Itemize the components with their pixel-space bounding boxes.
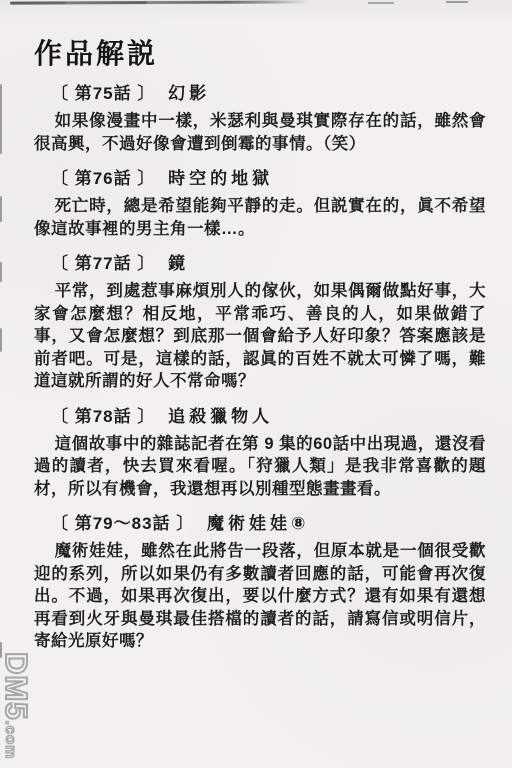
- page-title: 作品解説: [34, 38, 486, 70]
- chapter-label: 〔 第77話 〕: [51, 254, 155, 273]
- section-title: 魔術娃娃⑧: [207, 514, 309, 533]
- section-heading: 〔 第78話 〕 追殺獵物人: [34, 406, 486, 427]
- dm5-watermark-logo: DM5.com: [0, 652, 34, 759]
- section-body: 如果像漫畫中一樣，米瑟利與曼琪實際存在的話，雖然會很高興，不過好像會遭到倒霉的事…: [34, 110, 486, 155]
- section-body: 死亡時，總是希望能夠平靜的走。但説實在的，眞不希望像這故事裡的男主角一樣…。: [34, 195, 486, 240]
- section-chapter-77: 〔 第77話 〕 鏡 平常，到處惹事麻煩別人的傢伙，如果偶爾做點好事，大家會怎麼…: [34, 253, 486, 393]
- scan-artifact-left-edge: [0, 196, 2, 222]
- section-body: 這個故事中的雜誌記者在第 9 集的60話中出現過，還沒看過的讀者，快去買來看喔。…: [34, 433, 486, 501]
- scan-artifact-top-line: [10, 0, 310, 4]
- section-body: 平常，到處惹事麻煩別人的傢伙，如果偶爾做點好事，大家會怎麼想？相反地，平常乖巧、…: [34, 280, 486, 393]
- chapter-label: 〔 第78話 〕: [51, 407, 155, 426]
- scan-artifact-left-edge: [0, 84, 2, 154]
- section-heading: 〔 第77話 〕 鏡: [34, 253, 486, 274]
- section-title: 鏡: [168, 254, 189, 273]
- section-heading: 〔 第75話 〕 幻影: [34, 83, 486, 104]
- section-title: 幻影: [168, 84, 210, 103]
- section-body: 魔術娃娃，雖然在此將告一段落，但原本就是一個很受歡迎的系列，所以如果仍有多數讀者…: [34, 540, 486, 653]
- section-heading: 〔 第79〜83話 〕 魔術娃娃⑧: [34, 513, 486, 534]
- section-title: 時空的地獄: [168, 169, 273, 188]
- section-heading: 〔 第76話 〕 時空的地獄: [34, 168, 486, 189]
- section-chapter-79-83: 〔 第79〜83話 〕 魔術娃娃⑧ 魔術娃娃，雖然在此將告一段落，但原本就是一個…: [34, 513, 486, 653]
- scanned-manga-commentary-page: 作品解説 〔 第75話 〕 幻影 如果像漫畫中一樣，米瑟利與曼琪實際存在的話，雖…: [0, 0, 512, 768]
- chapter-label: 〔 第76話 〕: [51, 169, 155, 188]
- scan-artifact-left-edge: [0, 262, 2, 282]
- section-chapter-76: 〔 第76話 〕 時空的地獄 死亡時，總是希望能夠平靜的走。但説實在的，眞不希望…: [34, 168, 486, 240]
- scan-artifact-dash: [446, 1, 468, 3]
- section-chapter-78: 〔 第78話 〕 追殺獵物人 這個故事中的雜誌記者在第 9 集的60話中出現過，…: [34, 406, 486, 501]
- scan-artifact-left-edge: [0, 328, 2, 352]
- dm5-watermark-suffix: .com: [2, 720, 19, 759]
- chapter-label: 〔 第75話 〕: [51, 84, 155, 103]
- scan-artifact-dash: [368, 2, 394, 4]
- page-content: 作品解説 〔 第75話 〕 幻影 如果像漫畫中一樣，米瑟利與曼琪實際存在的話，雖…: [34, 38, 486, 657]
- dm5-watermark-text: DM5: [0, 652, 34, 720]
- chapter-label: 〔 第79〜83話 〕: [51, 514, 194, 533]
- section-chapter-75: 〔 第75話 〕 幻影 如果像漫畫中一樣，米瑟利與曼琪實際存在的話，雖然會很高興…: [34, 83, 486, 155]
- section-title: 追殺獵物人: [168, 407, 273, 426]
